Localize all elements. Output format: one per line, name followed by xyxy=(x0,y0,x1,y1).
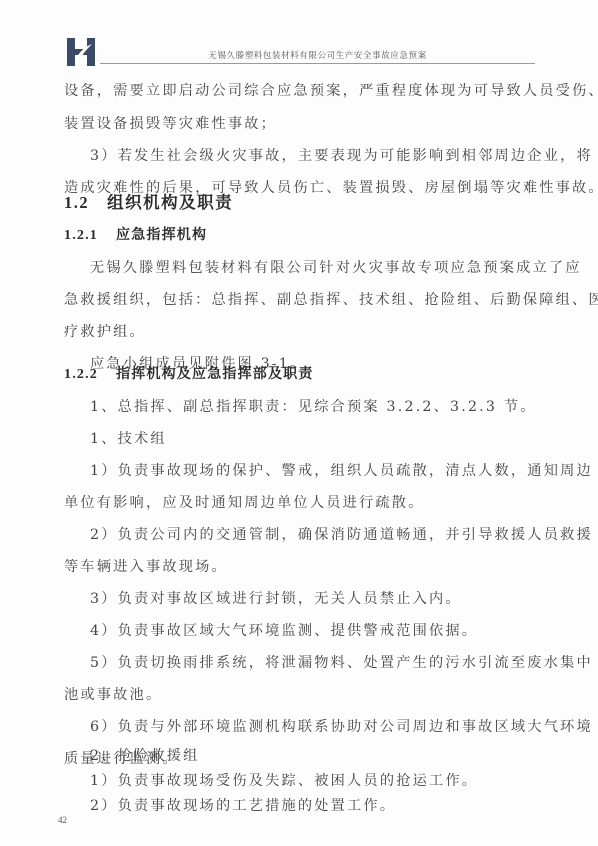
paragraph-line: 设备，需要立即启动公司综合应急预案，严重程度体现为可导致人员受伤、 xyxy=(64,80,598,100)
paragraph-line: 1、总指挥、副总指挥职责：见综合预案 3.2.2、3.2.3 节。 xyxy=(90,396,537,416)
paragraph-line: 1）负责事故现场受伤及失踪、被困人员的抢运工作。 xyxy=(90,770,478,790)
paragraph-line: 池或事故池。 xyxy=(64,684,162,704)
paragraph-line: 2）负责事故现场的工艺措施的处置工作。 xyxy=(90,795,396,815)
paragraph-line: 2、抢险救援组 xyxy=(90,745,200,765)
paragraph-line: 1、技术组 xyxy=(90,428,167,448)
section-heading-1-2-2: 1.2.2指挥机构及应急指挥部及职责 xyxy=(64,363,314,383)
section-heading-1-2: 1.2组织机构及职责 xyxy=(64,189,233,213)
paragraph-line: 装置设备损毁等灾难性事故； xyxy=(64,113,277,133)
page-number: 42 xyxy=(58,815,67,825)
paragraph-line: 急救援组织，包括：总指挥、副总指挥、技术组、抢险组、后勤保障组、医 xyxy=(64,289,598,309)
paragraph-line: 等车辆进入事故现场。 xyxy=(64,556,228,576)
paragraph-line: 疗救护组。 xyxy=(64,321,146,341)
header-divider xyxy=(100,63,535,64)
header-title: 无锡久滕塑料包装材料有限公司生产安全事故应急预案 xyxy=(100,49,535,61)
paragraph-line: 3）若发生社会级火灾事故，主要表现为可能影响到相邻周边企业，将 xyxy=(90,145,593,165)
paragraph-line: 1）负责事故现场的保护、警戒，组织人员疏散，清点人数，通知周边 xyxy=(90,460,593,480)
paragraph-line: 3）负责对事故区域进行封锁，无关人员禁止入内。 xyxy=(90,588,462,608)
paragraph-line: 单位有影响，应及时通知周边单位人员进行疏散。 xyxy=(64,492,425,512)
paragraph-line: 无锡久滕塑料包装材料有限公司针对火灾事故专项应急预案成立了应 xyxy=(90,257,582,277)
paragraph-line: 2）负责公司内的交通管制，确保消防通道畅通，并引导救援人员救援 xyxy=(90,524,593,544)
paragraph-line: 5）负责切换雨排系统，将泄漏物料、处置产生的污水引流至废水集中 xyxy=(90,652,593,672)
paragraph-line: 6）负责与外部环境监测机构联系协助对公司周边和事故区域大气环境 xyxy=(90,716,593,736)
paragraph-line: 4）负责事故区域大气环境监测、提供警戒范围依据。 xyxy=(90,620,478,640)
company-logo-icon xyxy=(67,38,95,66)
section-heading-1-2-1: 1.2.1应急指挥机构 xyxy=(64,224,207,244)
